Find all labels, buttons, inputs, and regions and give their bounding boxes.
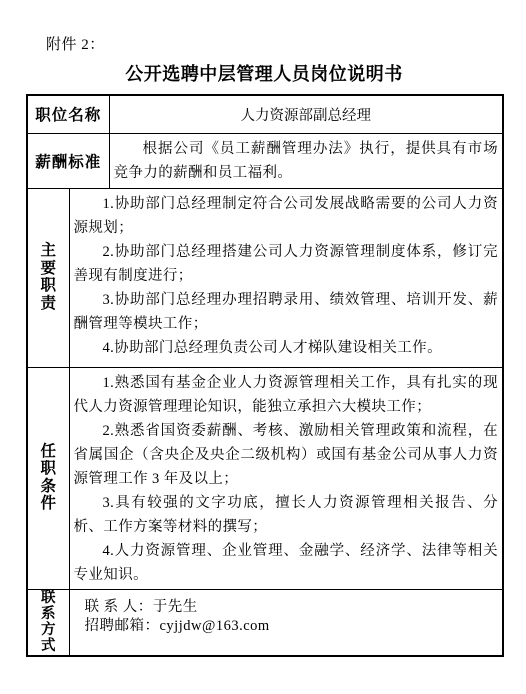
job-description-table: 职位名称 人力资源部副总经理 薪酬标准 根据公司《员工薪酬管理办法》执行，提供具… xyxy=(26,94,504,657)
recruitment-email: 招聘邮箱：cyjjdw@163.com xyxy=(85,617,499,636)
salary-standard-label: 薪酬标准 xyxy=(27,133,109,188)
contact-label-cell: 联系方式 xyxy=(27,589,69,656)
duty-item: 3.协助部门总经理办理招聘录用、绩效管理、培训开发、薪酬管理等模块工作； xyxy=(74,288,499,336)
table-row-requirements: 任职条件 1.熟悉国有基金企业人力资源管理相关工作，具有扎实的现代人力资源管理理… xyxy=(27,367,503,589)
table-row-position: 职位名称 人力资源部副总经理 xyxy=(27,95,503,133)
table-row-salary: 薪酬标准 根据公司《员工薪酬管理办法》执行，提供具有市场竞争力的薪酬和员工福利。 xyxy=(27,133,503,188)
main-duties-label-cell: 主要职责 xyxy=(27,188,69,367)
position-name-value: 人力资源部副总经理 xyxy=(109,95,503,133)
contact-person: 联 系 人：于先生 xyxy=(85,598,499,617)
document-page: 附件 2： 公开选聘中层管理人员岗位说明书 职位名称 人力资源部副总经理 薪酬标… xyxy=(0,0,526,694)
salary-standard-cell: 根据公司《员工薪酬管理办法》执行，提供具有市场竞争力的薪酬和员工福利。 xyxy=(109,133,503,188)
requirement-item: 1.熟悉国有基金企业人力资源管理相关工作，具有扎实的现代人力资源管理理论知识，能… xyxy=(74,371,499,419)
qualification-cell: 1.熟悉国有基金企业人力资源管理相关工作，具有扎实的现代人力资源管理理论知识，能… xyxy=(69,367,503,589)
contact-cell: 联 系 人：于先生 招聘邮箱：cyjjdw@163.com xyxy=(69,589,503,656)
salary-standard-text: 根据公司《员工薪酬管理办法》执行，提供具有市场竞争力的薪酬和员工福利。 xyxy=(114,137,499,185)
requirement-item: 4.人力资源管理、企业管理、金融学、经济学、法律等相关专业知识。 xyxy=(74,539,499,587)
attachment-label: 附件 2： xyxy=(46,33,105,54)
table-row-duties: 主要职责 1.协助部门总经理制定符合公司发展战略需要的公司人力资源规划； 2.协… xyxy=(27,188,503,367)
duty-item: 1.协助部门总经理制定符合公司发展战略需要的公司人力资源规划； xyxy=(74,192,499,240)
main-duties-label: 主要职责 xyxy=(40,242,57,312)
duty-item: 4.协助部门总经理负责公司人才梯队建设相关工作。 xyxy=(74,336,499,360)
page-title: 公开选聘中层管理人员岗位说明书 xyxy=(26,60,502,86)
main-duties-cell: 1.协助部门总经理制定符合公司发展战略需要的公司人力资源规划； 2.协助部门总经… xyxy=(69,188,503,367)
table-row-contact: 联系方式 联 系 人：于先生 招聘邮箱：cyjjdw@163.com xyxy=(27,589,503,656)
duty-item: 2.协助部门总经理搭建公司人力资源管理制度体系，修订完善现有制度进行； xyxy=(74,240,499,288)
requirement-item: 2.熟悉省国资委薪酬、考核、激励相关管理政策和流程，在省属国企（含央企及央企二级… xyxy=(74,419,499,491)
qualification-label: 任职条件 xyxy=(40,443,57,513)
qualification-label-cell: 任职条件 xyxy=(27,367,69,589)
requirement-item: 3.具有较强的文字功底，擅长人力资源管理相关报告、分析、工作方案等材料的撰写； xyxy=(74,491,499,539)
contact-label: 联系方式 xyxy=(40,590,57,654)
position-name-label: 职位名称 xyxy=(27,95,109,133)
